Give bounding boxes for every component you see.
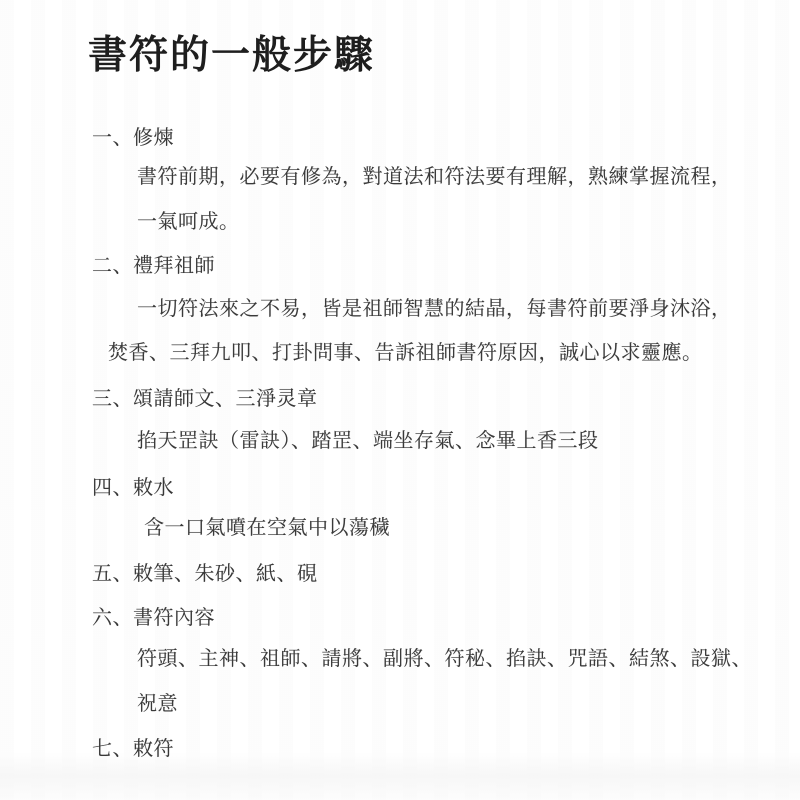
section-3-body-line-1: 掐天罡訣（雷訣）、踏罡、端坐存氣、念畢上香三段	[137, 426, 599, 456]
section-6-body-line-1: 符頭、主神、祖師、請將、副將、符秘、掐訣、咒語、結煞、設獄、	[137, 644, 752, 674]
section-3-heading: 三、頌請師文、三淨灵章	[92, 384, 318, 414]
section-1-body-line-2: 一氣呵成。	[137, 207, 240, 237]
section-1-body-line-1: 書符前期，必要有修為，對道法和符法要有理解，熟練掌握流程，	[137, 162, 732, 192]
section-7-heading: 七、敕符	[92, 734, 174, 764]
scanned-document-page: 書符的一般步驟 一、修煉 書符前期，必要有修為，對道法和符法要有理解，熟練掌握流…	[0, 0, 800, 800]
section-1-heading: 一、修煉	[92, 123, 174, 153]
section-4-heading: 四、敕水	[92, 473, 174, 503]
section-6-heading: 六、書符內容	[92, 603, 215, 633]
section-2-heading: 二、禮拜祖師	[92, 251, 215, 281]
section-5-heading: 五、敕筆、朱砂、紙、硯	[92, 559, 318, 589]
section-6-body-line-2: 祝意	[137, 689, 178, 719]
section-2-body-line-1: 一切符法來之不易，皆是祖師智慧的結晶，每書符前要淨身沐浴，	[137, 294, 732, 324]
page-title: 書符的一般步驟	[88, 24, 375, 80]
section-4-body-line-1: 含一口氣噴在空氣中以蕩穢	[144, 513, 390, 543]
section-2-body-line-2: 焚香、三拜九叩、打卦問事、告訴祖師書符原因，誠心以求靈應。	[108, 338, 703, 368]
